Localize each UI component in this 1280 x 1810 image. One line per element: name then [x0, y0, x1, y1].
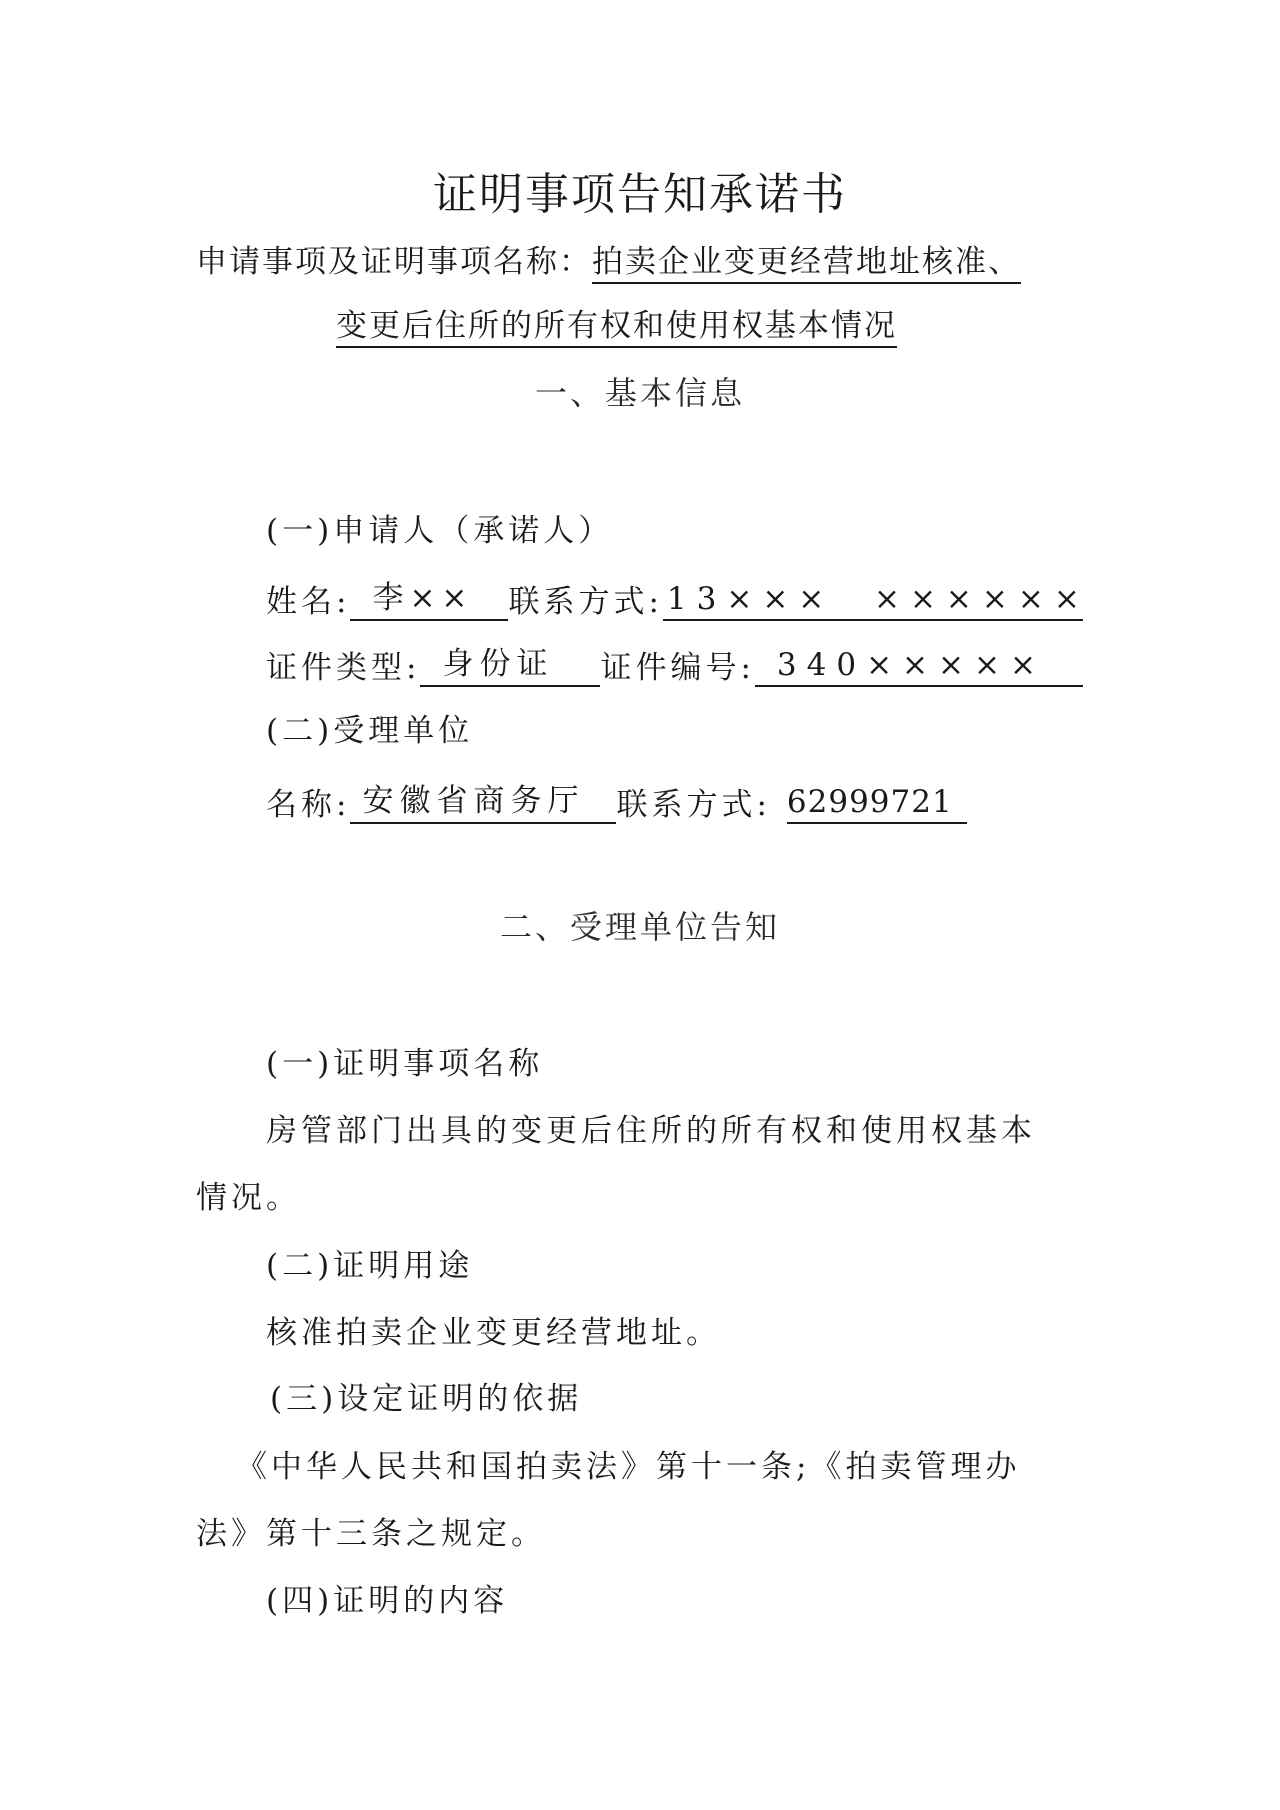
- item-cert-content-heading: (四)证明的内容: [266, 1575, 508, 1620]
- section-heading-acceptor-notice: 二、受理单位告知: [0, 902, 1280, 948]
- item-cert-purpose-text: 核准拍卖企业变更经营地址。: [266, 1307, 721, 1352]
- name-value: 李××: [350, 572, 508, 621]
- item-cert-purpose-heading: (二)证明用途: [266, 1240, 473, 1285]
- contact-label: 联系方式:: [508, 576, 662, 621]
- subject-value-line2: 变更后住所的所有权和使用权基本情况: [336, 308, 897, 348]
- id-type-value: 身份证: [420, 638, 600, 687]
- applicant-id-row: 证件类型: 身份证 证件编号: 340×××××: [266, 638, 1083, 687]
- document-title: 证明事项告知承诺书: [0, 158, 1280, 222]
- name-label: 姓名:: [266, 576, 350, 621]
- contact-value: 13××× ××××××: [663, 581, 1083, 621]
- acceptor-heading: (二)受理单位: [266, 705, 473, 750]
- subject-label: 申请事项及证明事项名称：: [196, 244, 592, 280]
- applicant-heading: (一)申请人（承诺人）: [266, 505, 613, 550]
- item-cert-name-heading: (一)证明事项名称: [266, 1038, 543, 1083]
- acceptor-name-label: 名称:: [266, 779, 350, 824]
- applicant-name-contact-row: 姓名: 李×× 联系方式: 13××× ××××××: [266, 572, 1083, 621]
- acceptor-contact-value: 62999721: [787, 784, 967, 824]
- item-cert-name-text-line2: 情况。: [196, 1172, 301, 1217]
- acceptor-name-contact-row: 名称: 安徽省商务厅 联系方式: 62999721: [266, 775, 967, 824]
- subject-line-2: 变更后住所的所有权和使用权基本情况: [336, 300, 897, 345]
- item-cert-basis-heading: (三)设定证明的依据: [270, 1373, 582, 1418]
- subject-value-line1: 拍卖企业变更经营地址核准、: [592, 244, 1021, 284]
- id-number-value: 340×××××: [755, 647, 1083, 687]
- section-heading-basic-info: 一、基本信息: [0, 368, 1280, 414]
- document-page: 证明事项告知承诺书 申请事项及证明事项名称：拍卖企业变更经营地址核准、 变更后住…: [0, 0, 1280, 1810]
- acceptor-name-value: 安徽省商务厅: [350, 775, 616, 824]
- item-cert-name-text-line1: 房管部门出具的变更后住所的所有权和使用权基本: [266, 1105, 1036, 1150]
- id-type-label: 证件类型:: [266, 642, 420, 687]
- item-cert-basis-text-line1: 《中华人民共和国拍卖法》第十一条;《拍卖管理办: [236, 1441, 1020, 1486]
- id-number-label: 证件编号:: [600, 642, 754, 687]
- subject-line-1: 申请事项及证明事项名称：拍卖企业变更经营地址核准、: [196, 236, 1021, 281]
- item-cert-basis-text-line2: 法》第十三条之规定。: [196, 1508, 546, 1553]
- acceptor-contact-label: 联系方式:: [616, 779, 770, 824]
